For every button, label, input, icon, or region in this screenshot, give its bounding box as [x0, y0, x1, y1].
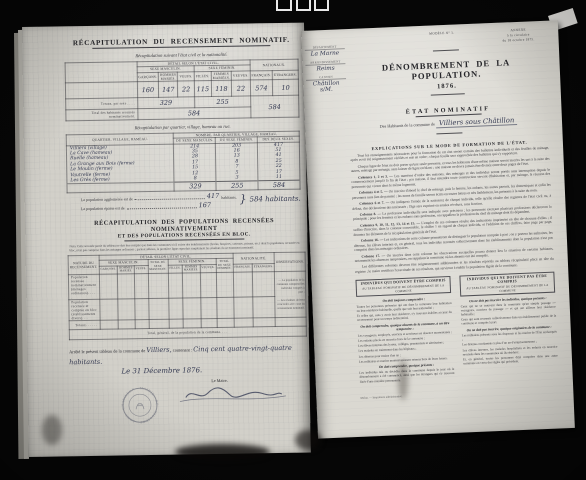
- empty-cell: [216, 297, 233, 318]
- col-filles: FILLES.: [194, 71, 211, 81]
- recap-quartier-subtitle: Récapitulation par quartier, village, ha…: [66, 123, 300, 132]
- individus-compris-column: INDIVIDUS QUI DOIVENT ÊTRE COMPRIS AU TA…: [355, 276, 454, 385]
- empty-cell: [168, 298, 183, 319]
- empty-cell: [275, 317, 306, 326]
- explications-paragraphs: Tous les renseignements nécessaires pour…: [350, 146, 554, 275]
- empty-cell: [118, 273, 135, 298]
- obs-note-1: — La population de la commune comprend l…: [276, 278, 304, 295]
- empty-cell: [216, 272, 233, 297]
- count-femmes-mariees: 118: [211, 80, 232, 96]
- observations-header: OBSERVATIONS.: [274, 252, 305, 271]
- closing-unit-hand: habitants.: [69, 357, 102, 366]
- obs-note-2: — Les résultats doivent concorder avec c…: [276, 297, 304, 310]
- individus-non-compris-column: INDIVIDUS QUI NE DOIVENT PAS ÊTRE COMPRI…: [459, 271, 558, 380]
- decorative-rule: [430, 93, 464, 95]
- recap-etat-civil-subtitle: Récapitulation suivant l'état civil et l…: [64, 51, 298, 60]
- row-bloc-label: Population recensée et comptée en bloc (…: [69, 299, 100, 320]
- count-etrangers: 10: [273, 79, 299, 95]
- closing-print-1: Arrêté le présent tableau de la commune …: [69, 348, 145, 354]
- col-femmes-mariees: FEMMES MARIÉES.: [211, 71, 231, 81]
- total-feminin: 255: [195, 96, 251, 108]
- empty-cell: [118, 298, 135, 319]
- maire-signature: [178, 381, 288, 409]
- dotted-leader: [127, 207, 197, 209]
- commune-name-hand: Villiers sous Châtillon: [436, 116, 518, 128]
- empty-cell: [253, 317, 275, 326]
- commune-prefix: Des Habitants de la commune de: [380, 121, 435, 128]
- empty-cell: [252, 271, 275, 296]
- count-filles: 115: [194, 81, 211, 97]
- quartier-total-m: 329: [174, 181, 216, 191]
- col-veuves: VEUVES.: [231, 70, 250, 80]
- decorative-rule: [432, 49, 458, 51]
- stub-blank: [65, 62, 137, 83]
- empty-cell: [200, 297, 216, 318]
- dotted-leader: [135, 198, 205, 200]
- count-veufs: 22: [178, 81, 195, 97]
- empty-cell: [168, 273, 183, 298]
- total-masculin: 329: [137, 97, 195, 109]
- non-compris-list: Les militaires présents sous les drapeau…: [462, 330, 558, 366]
- total-masculin-header: TOTAL DU SEXE MASCULIN.: [148, 260, 168, 274]
- empty-cell: [169, 319, 183, 328]
- quartier-total-f: 255: [216, 181, 258, 191]
- empty-cell: [149, 319, 169, 328]
- closing-date-hand: Le 31 Décembre 1876.: [121, 364, 303, 375]
- empty-cell: [118, 319, 135, 328]
- stub-blank: [65, 82, 137, 99]
- nationalite-header: NATIONALITÉ.: [233, 253, 275, 264]
- count-veuves: 22: [231, 80, 250, 96]
- count-hommes-maries: 147: [159, 81, 178, 97]
- departement-value-hand: La Marne: [305, 50, 345, 58]
- left-page: RÉCAPITULATION DU RECENSEMENT NOMINATIF.…: [22, 23, 311, 457]
- modele-number: MODÈLE N° 1.: [429, 31, 454, 36]
- right-page: DÉPARTEMENT La Marne ARRONDISSEMENT Reim…: [301, 20, 575, 438]
- decorative-rule: [436, 132, 462, 134]
- arrondissement-value-hand: Reims: [306, 65, 346, 73]
- col-etrangers: ÉTRANGERS.: [272, 70, 298, 80]
- total-nationaux: 584: [250, 95, 299, 118]
- closing-commune-hand: Villiers,: [146, 345, 171, 353]
- torn-paper-fragment: [314, 0, 329, 11]
- count-francais: 574: [250, 80, 273, 96]
- administrative-margin-block: DÉPARTEMENT La Marne ARRONDISSEMENT Reim…: [304, 41, 346, 94]
- col-garcons: GARÇONS.: [137, 72, 159, 82]
- empty-cell: [134, 273, 148, 298]
- compris-box-header: INDIVIDUS QUI DOIVENT ÊTRE COMPRIS AU TA…: [355, 276, 451, 297]
- commune-line: Des Habitants de la commune de Villiers …: [349, 115, 548, 131]
- col-veuves: VEUVES.: [200, 264, 216, 272]
- quartier-table: QUARTIER, VILLAGE, HAMEAU. NOMBRE, PAR Q…: [66, 131, 301, 194]
- empty-cell: [148, 298, 168, 319]
- eparse-label: La population éparse est de: [81, 205, 125, 211]
- empty-cell: [135, 298, 149, 319]
- empty-cell: [253, 296, 275, 317]
- col-hommes-maries: HOMMES MARIÉS.: [118, 265, 135, 273]
- brace-glyph: }: [240, 195, 247, 203]
- population-totale-hand: 584 habitants.: [250, 195, 301, 204]
- annexe-line3: du 18 octobre 1875.: [502, 37, 534, 42]
- etat-civil-table: DÉTAIL SELON L'ÉTAT CIVIL. NATIONAUX. SE…: [65, 59, 300, 122]
- nature-recensement-header: NATURE DU RECENSEMENT.: [68, 255, 99, 274]
- row-nominatif-label: Population recensée nominativement (ména…: [68, 274, 99, 299]
- quartier-total-t: 584: [258, 180, 300, 190]
- empty-cell: [183, 318, 201, 327]
- empty-cell: [217, 318, 234, 327]
- non-compris-box-header: INDIVIDUS QUI NE DOIVENT PAS ÊTRE COMPRI…: [459, 271, 555, 296]
- empty-cell: [135, 319, 149, 328]
- observations-notes: — La population de la commune comprend l…: [275, 271, 307, 317]
- compris-p3: Les individus nés ou décédés dans la com…: [359, 367, 454, 383]
- agglomeree-value: 417: [207, 192, 220, 200]
- population-eparse-line: La population éparse est de 167: [81, 201, 240, 211]
- col-veufs: VEUFS.: [178, 71, 195, 81]
- compris-list: Les voyageurs, employés, ouvriers et ser…: [358, 330, 454, 364]
- row-totaux-label: Totaux. . . . . .: [69, 320, 100, 329]
- agglomeree-unit: habitants.: [221, 195, 237, 200]
- col-filles: FILLES.: [168, 265, 182, 273]
- agglomeree-label: La population agglomérée est de: [81, 196, 133, 202]
- eparse-value: 167: [199, 201, 212, 209]
- empty-cell: [234, 317, 253, 326]
- empty-cell: [99, 274, 118, 299]
- col-hommes-maries: HOMMES MARIÉS.: [158, 72, 177, 82]
- torn-paper-fragment: [296, 0, 311, 11]
- col-femmes-mariees: FEMMES MARIÉES.: [182, 264, 200, 272]
- canton-value-hand: Châtillon s/M.: [306, 80, 346, 94]
- empty-cell: [182, 272, 200, 297]
- total-recenses-value: 584: [137, 107, 250, 120]
- count-garcons: 160: [137, 81, 159, 97]
- col-veufs: VEUFS.: [134, 265, 148, 273]
- empty-cell: [233, 296, 253, 317]
- empty-cell: [148, 273, 168, 298]
- quartier-rows: Villiers (village) 214 203 417 La Cave (…: [66, 142, 300, 184]
- recap-bloc-note: Nota. Cette seconde partie du tableau ne…: [69, 241, 299, 253]
- annexe-block: ANNEXE à la circulaire du 18 octobre 187…: [492, 27, 545, 44]
- empty-cell: [233, 271, 253, 296]
- total-recenses-label: Total des habitants recensés nominativem…: [66, 109, 138, 121]
- empty-cell: [183, 297, 201, 318]
- col-francais: FRANÇAIS.: [250, 70, 273, 80]
- empty-cell: [99, 299, 118, 320]
- mairie-stamp: MAIRIE · DE · VILLIERS · SOUS · CHATILLO…: [120, 385, 161, 426]
- closing-print-2: contenant :: [173, 347, 192, 352]
- nationaux-header: NATIONAUX.: [250, 59, 298, 70]
- annexe-line1: ANNEXE: [510, 28, 526, 33]
- closing-count-hand: Cinq cent quatre-vingt-quatre: [193, 343, 292, 353]
- empty-cell: [201, 318, 217, 327]
- empty-cell: [100, 320, 119, 329]
- populations-bloc-table: NATURE DU RECENSEMENT. DÉTAIL SELON L'ÉT…: [68, 252, 308, 340]
- torn-paper-fragment: [276, 0, 292, 11]
- total-feminin-header: TOTAL DU SEXE FÉMININ.: [216, 258, 233, 271]
- printer-imprint: Melun. — Imprimerie administrative.: [360, 388, 559, 399]
- empty-cell: [200, 272, 217, 297]
- census-register-photo: { "left_page": { "section1": { "title": …: [0, 0, 586, 480]
